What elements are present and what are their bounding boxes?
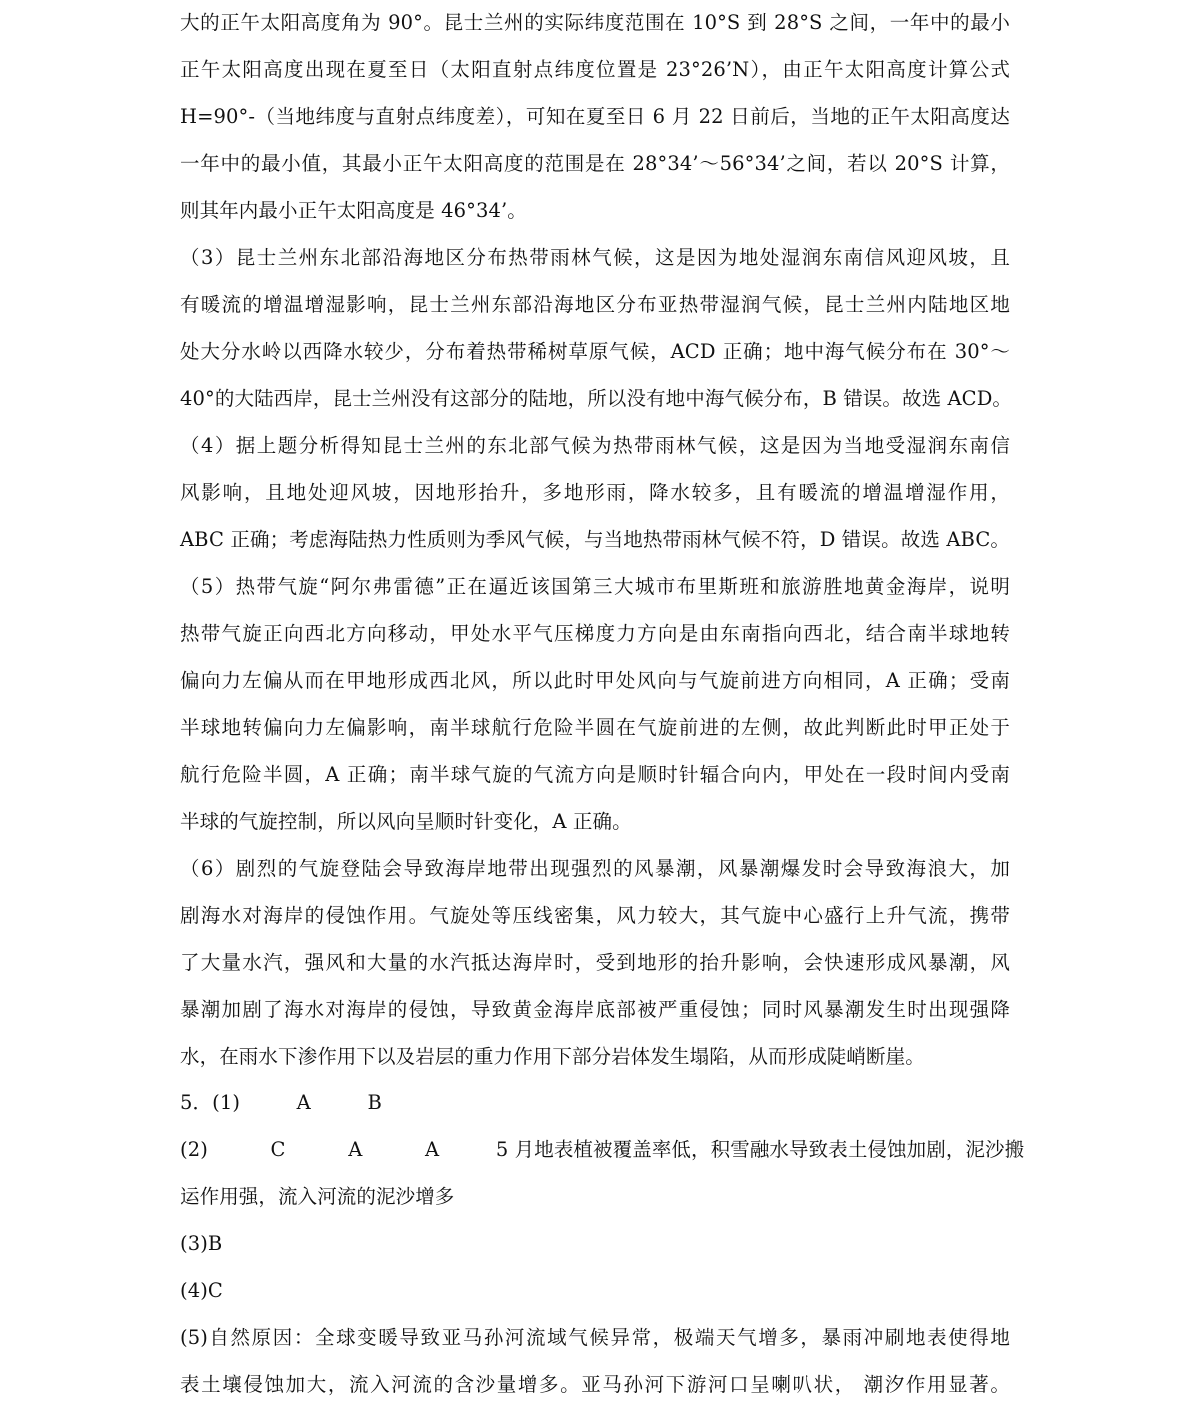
answer-6-line: 暴潮加剧了海水对海岸的侵蚀，导致黄金海岸底部被严重侵蚀；同时风暴潮发生时出现强降 bbox=[180, 998, 1010, 1022]
q5-part2-cont: 运作用强，流入河流的泥沙增多 bbox=[180, 1185, 1010, 1209]
q5-number: 5．(1) bbox=[180, 1091, 240, 1114]
q5-part2: (2) C A A 5 月地表植被覆盖率低，积雪融水导致表土侵蚀加剧，泥沙搬 bbox=[180, 1138, 1010, 1162]
answer-4-line: 风影响，且地处迎风坡，因地形抬升，多地形雨，降水较多，且有暖流的增温增湿作用， bbox=[180, 481, 1010, 505]
q5-part4: (4)C bbox=[180, 1279, 1010, 1303]
q5-1-answer: A bbox=[297, 1091, 311, 1114]
q5-part1: 5．(1) A B bbox=[180, 1091, 1010, 1115]
q5-2-answer: C bbox=[271, 1138, 286, 1161]
answer-6-line: 水，在雨水下渗作用下以及岩层的重力作用下部分岩体发生塌陷，从而形成陡峭断崖。 bbox=[180, 1045, 1010, 1069]
answer-4-line: （4）据上题分析得知昆士兰州的东北部气候为热带雨林气候，这是因为当地受湿润东南信 bbox=[180, 434, 1010, 458]
answer-5-line: （5）热带气旋“阿尔弗雷德”正在逼近该国第三大城市布里斯班和旅游胜地黄金海岸，说… bbox=[180, 575, 1010, 599]
answer-6-line: 剧海水对海岸的侵蚀作用。气旋处等压线密集，风力较大，其气旋中心盛行上升气流，携带 bbox=[180, 904, 1010, 928]
q5-2-text: 5 月地表植被覆盖率低，积雪融水导致表土侵蚀加剧，泥沙搬 bbox=[496, 1138, 1024, 1161]
answer-5-line: 热带气旋正向西北方向移动，甲处水平气压梯度力方向是由东南指向西北，结合南半球地转 bbox=[180, 622, 1010, 646]
answer-4-line: ABC 正确；考虑海陆热力性质则为季风气候，与当地热带雨林气候不符，D 错误。故… bbox=[180, 528, 1010, 552]
answer-3-line: 有暖流的增温增湿影响，昆士兰州东部沿海地区分布亚热带湿润气候，昆士兰州内陆地区地 bbox=[180, 293, 1010, 317]
answer-3-line: 处大分水岭以西降水较少，分布着热带稀树草原气候，ACD 正确；地中海气候分布在 … bbox=[180, 340, 1010, 364]
answer-5-line: 航行危险半圆，A 正确；南半球气旋的气流方向是顺时针辐合向内，甲处在一段时间内受… bbox=[180, 763, 1010, 787]
answer-6-line: （6）剧烈的气旋登陆会导致海岸地带出现强烈的风暴潮，风暴潮爆发时会导致海浪大，加 bbox=[180, 857, 1010, 881]
text-line: H=90°-（当地纬度与直射点纬度差），可知在夏至日 6 月 22 日前后，当地… bbox=[180, 105, 1010, 129]
answer-5-line: 半球的气旋控制，所以风向呈顺时针变化，A 正确。 bbox=[180, 810, 1010, 834]
q5-2-answer: A bbox=[425, 1138, 439, 1161]
answer-6-line: 了大量水汽，强风和大量的水汽抵达海岸时，受到地形的抬升影响，会快速形成风暴潮，风 bbox=[180, 951, 1010, 975]
q5-part3: (3)B bbox=[180, 1232, 1010, 1256]
q5-2-answer: A bbox=[348, 1138, 362, 1161]
q5-1-answer: B bbox=[367, 1091, 381, 1114]
text-line: 大的正午太阳高度角为 90°。昆士兰州的实际纬度范围在 10°S 到 28°S … bbox=[180, 11, 1010, 35]
q5-part5: (5)自然原因：全球变暖导致亚马孙河流域气候异常，极端天气增多，暴雨冲刷地表使得… bbox=[180, 1326, 1010, 1350]
text-line: 一年中的最小值，其最小正午太阳高度的范围是在 28°34’～56°34’之间，若… bbox=[180, 152, 1010, 176]
q5-2-label: (2) bbox=[180, 1138, 208, 1161]
q5-part5-cont: 表土壤侵蚀加大，流入河流的含沙量增多。亚马孙河下游河口呈喇叭状， 潮汐作用显著。 bbox=[180, 1373, 1010, 1397]
answer-3-line: （3）昆士兰州东北部沿海地区分布热带雨林气候，这是因为地处湿润东南信风迎风坡，且 bbox=[180, 246, 1010, 270]
answer-5-line: 偏向力左偏从而在甲地形成西北风，所以此时甲处风向与气旋前进方向相同，A 正确；受… bbox=[180, 669, 1010, 693]
answer-5-line: 半球地转偏向力左偏影响，南半球航行危险半圆在气旋前进的左侧，故此判断此时甲正处于 bbox=[180, 716, 1010, 740]
text-line: 正午太阳高度出现在夏至日（太阳直射点纬度位置是 23°26’N），由正午太阳高度… bbox=[180, 58, 1010, 82]
text-line: 则其年内最小正午太阳高度是 46°34’。 bbox=[180, 199, 1010, 223]
answer-3-line: 40°的大陆西岸，昆士兰州没有这部分的陆地，所以没有地中海气候分布，B 错误。故… bbox=[180, 387, 1010, 411]
